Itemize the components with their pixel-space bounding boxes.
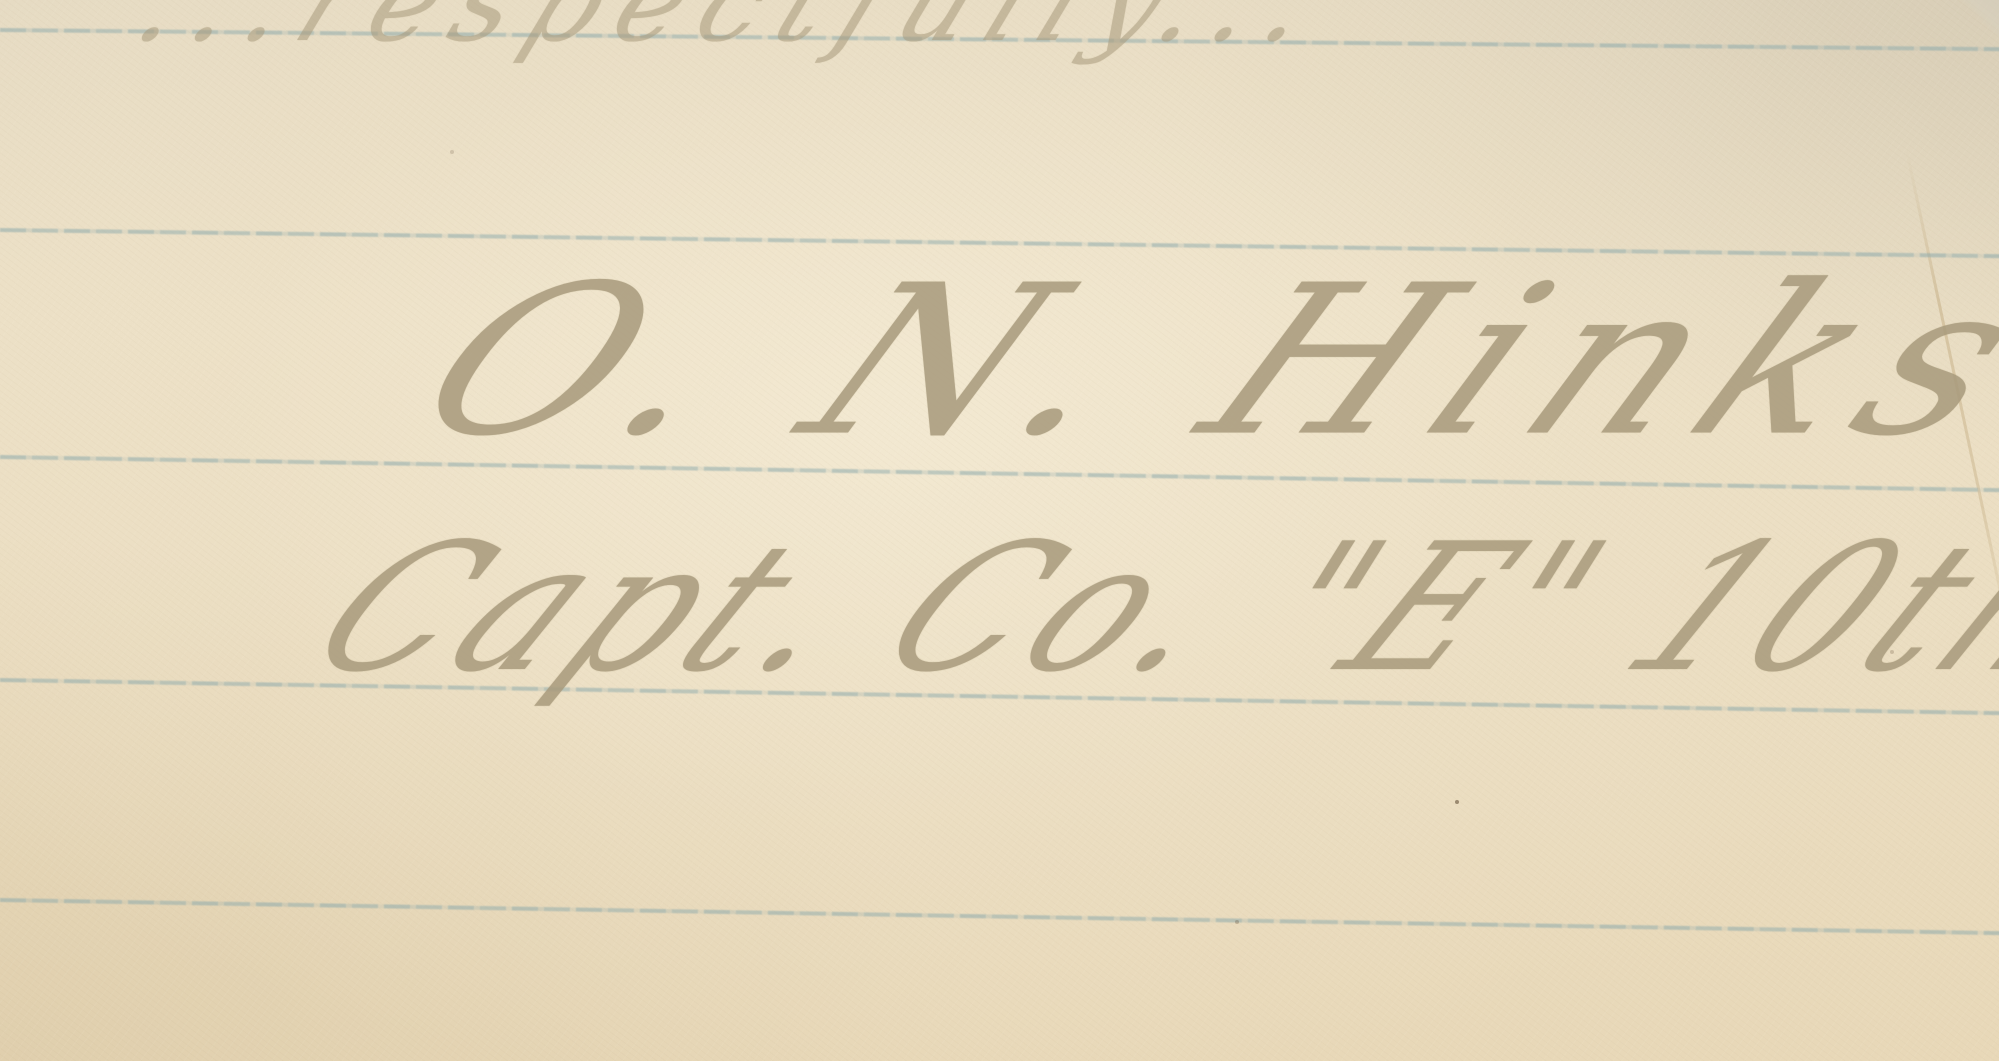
paper-speck: [1455, 800, 1459, 804]
cut-off-text-fragment: ...respectfully...: [120, 0, 1350, 66]
paper-speck: [450, 150, 454, 154]
paper-speck: [1890, 650, 1894, 654]
folded-corner: [1919, 0, 1999, 80]
signature-name: O. N. Hinks: [380, 242, 1999, 482]
paper-speck: [1235, 920, 1239, 924]
ruled-line: [0, 898, 1999, 936]
document-page: ...respectfully... O. N. Hinks Capt. Co.…: [0, 0, 1999, 1061]
signature-rank-unit: Capt. Co. "E" 10th Va. Inf'y: [275, 505, 1999, 711]
